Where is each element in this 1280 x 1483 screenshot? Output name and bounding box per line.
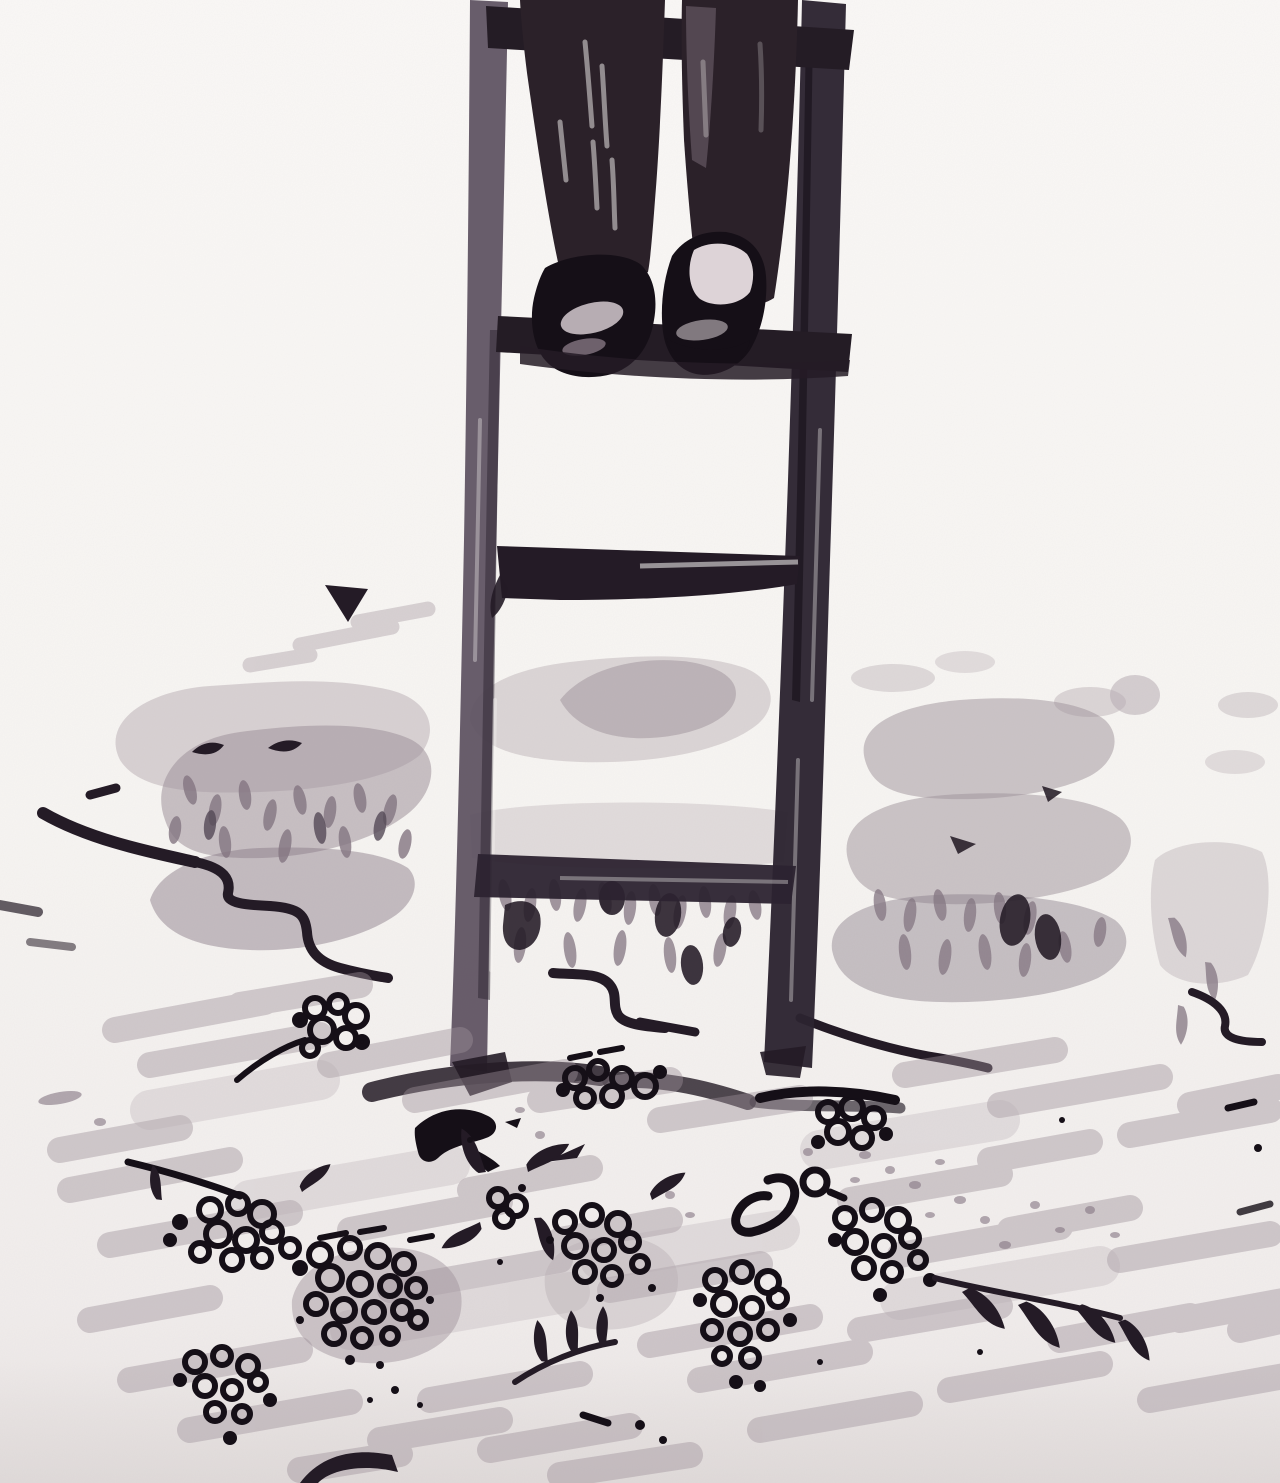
ink-drawing: Ink and wash sketch: the legs and shoes … xyxy=(0,0,1280,1483)
artwork: Ink and wash sketch: the legs and shoes … xyxy=(0,0,1280,1483)
right-shoe-highlight xyxy=(689,244,753,305)
